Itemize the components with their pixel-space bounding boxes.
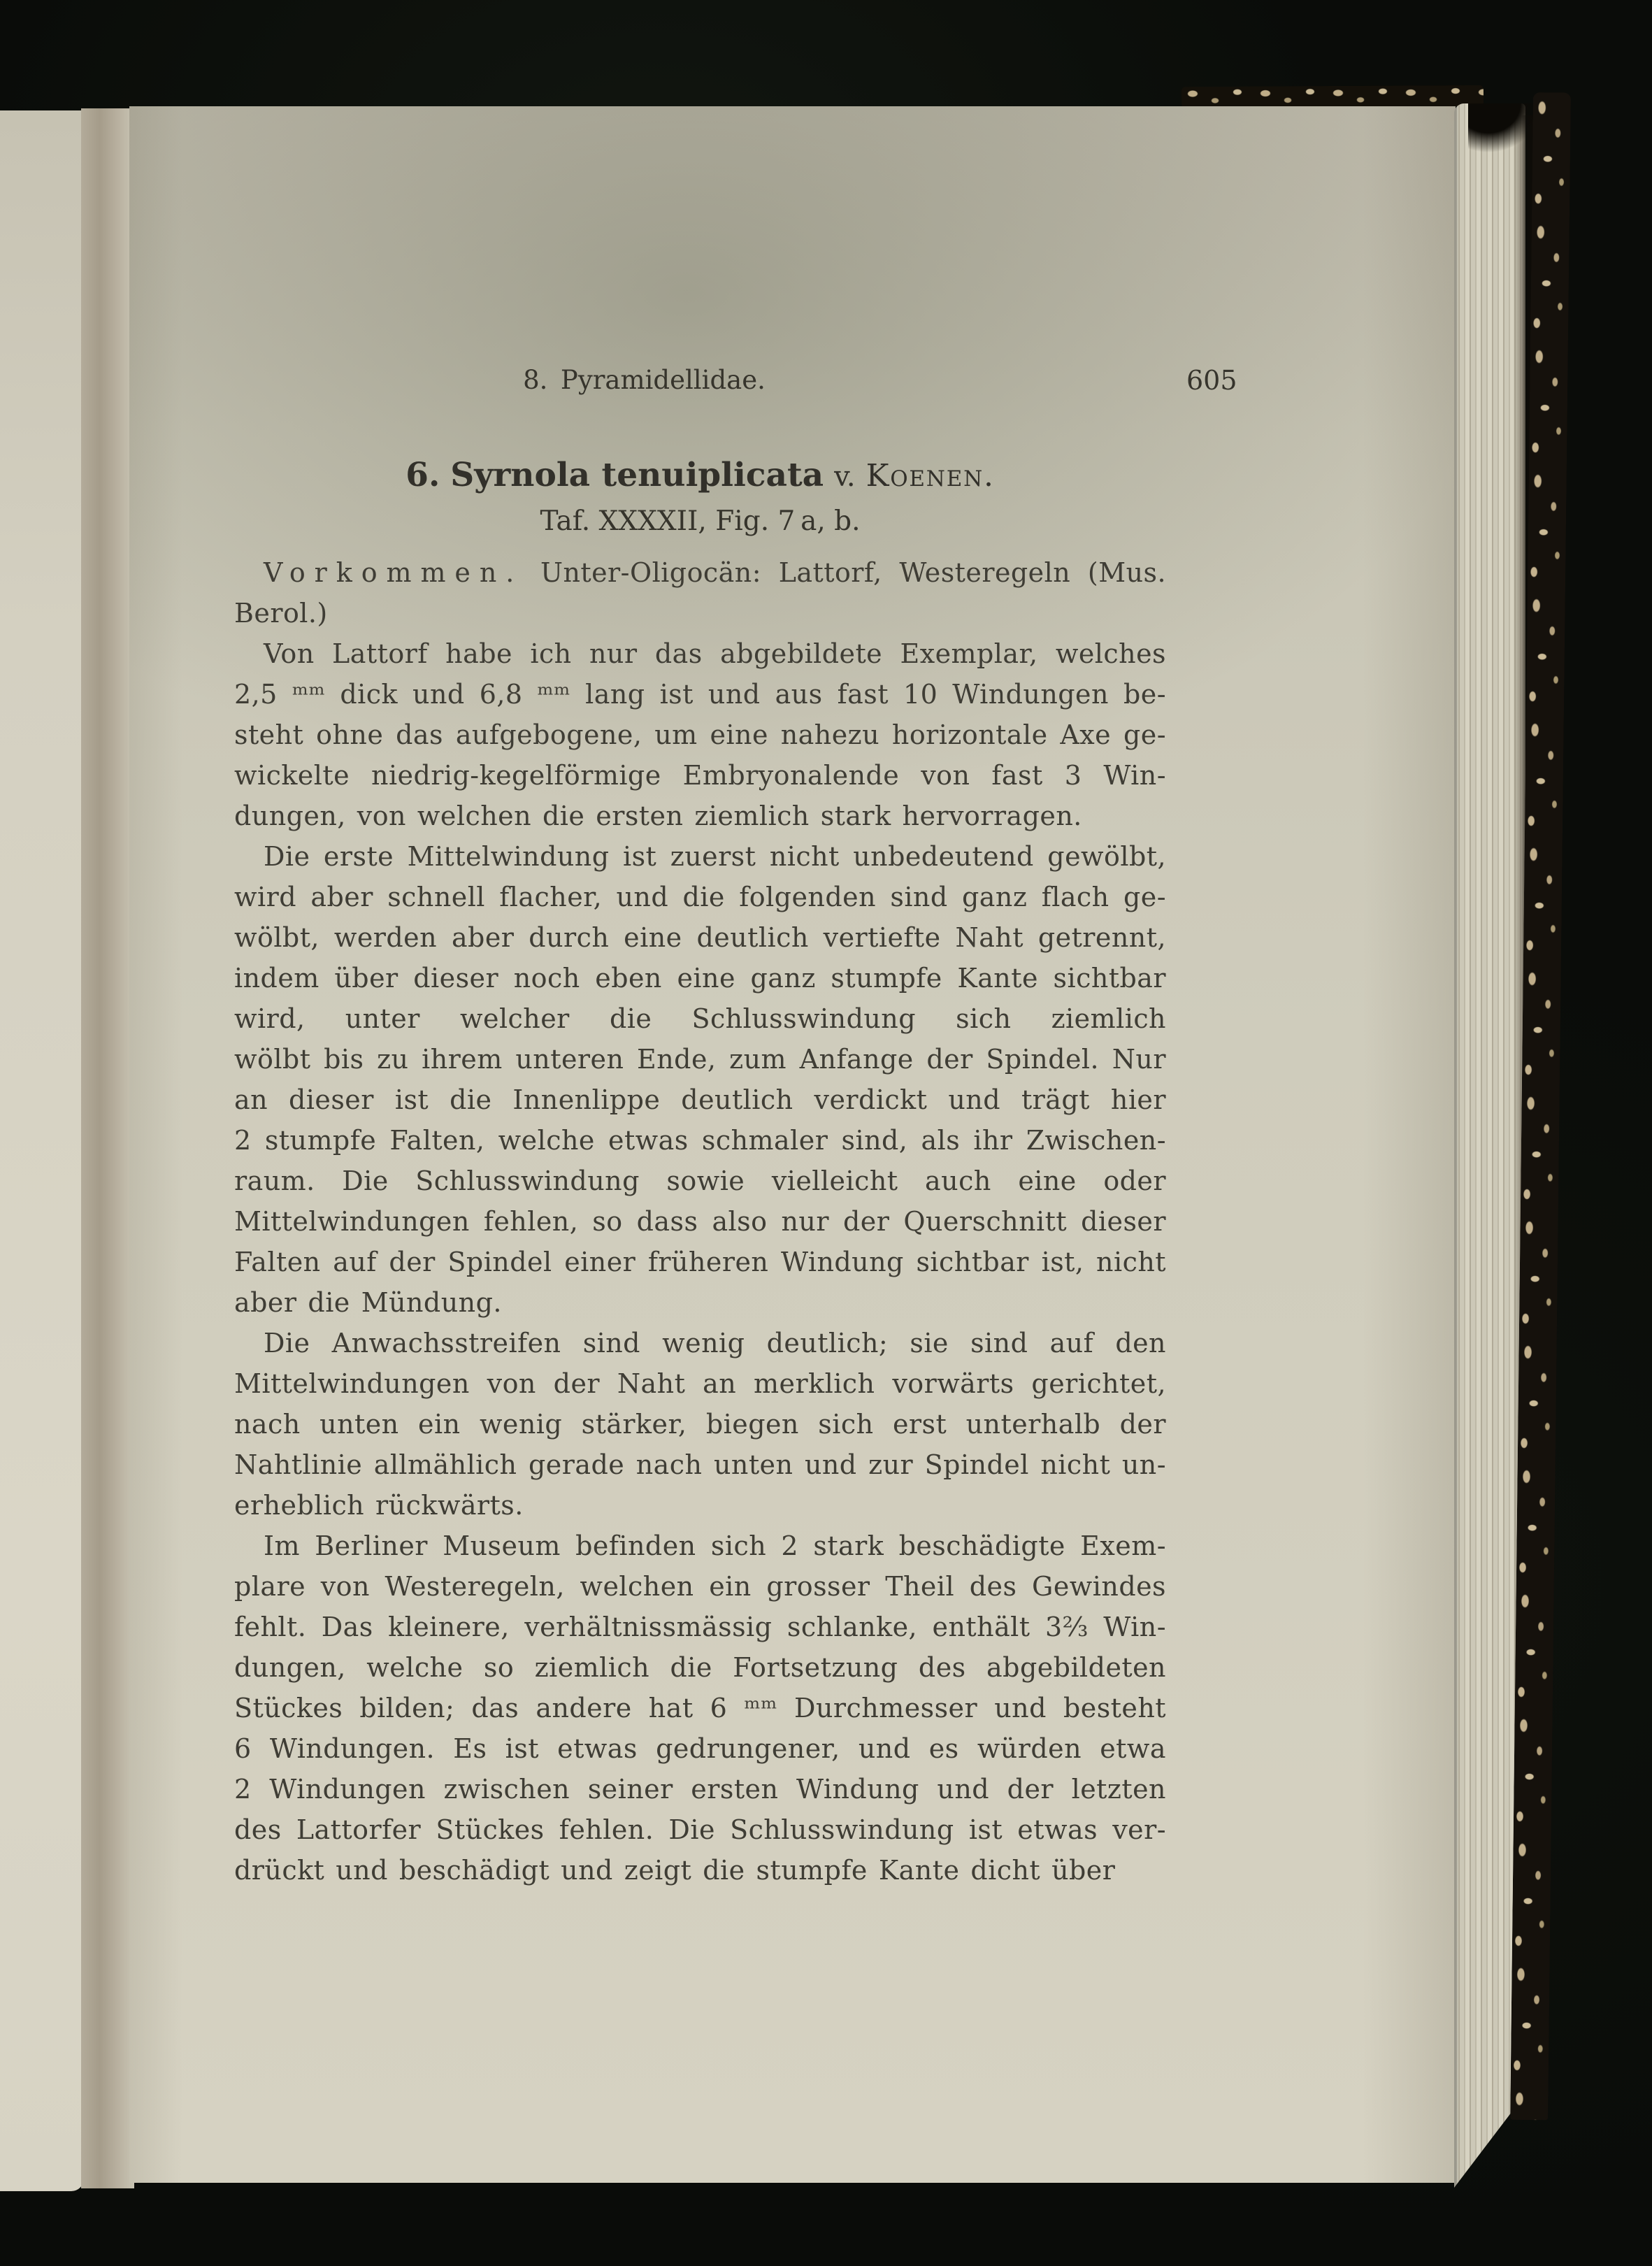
text-line: wird aber schnell flacher, und die folge… <box>234 877 1166 917</box>
text-line: dungen, welche so ziemlich die Fortsetzu… <box>234 1647 1166 1688</box>
text-line: Mittelwindungen von der Naht an merklich… <box>234 1363 1166 1404</box>
text-line: Im Berliner Museum befinden sich 2 stark… <box>234 1526 1166 1566</box>
text-line: steht ohne das aufgebogene, um eine nahe… <box>234 715 1166 755</box>
body-text: Vorkommen. Unter-Oligocän: Lattorf, West… <box>234 552 1166 1891</box>
book-top-marbled-edge <box>1181 85 1484 108</box>
text-line: Stückes bilden; das andere hat 6 ᵐᵐ Durc… <box>234 1688 1166 1728</box>
text-line: an dieser ist die Innenlippe deutlich ve… <box>234 1080 1166 1120</box>
text-line: Nahtlinie allmählich gerade nach unten u… <box>234 1444 1166 1485</box>
corner-shadow <box>1468 103 1535 152</box>
text-line: drückt und beschädigt und zeigt die stum… <box>234 1850 1166 1891</box>
species-heading-block: 6. Syrnola tenuiplicata v. Koenen. Taf. … <box>234 456 1166 537</box>
text-line: aber die Mündung. <box>234 1282 1166 1323</box>
text-line: des Lattorfer Stückes fehlen. Die Schlus… <box>234 1809 1166 1850</box>
species-number: 6. <box>405 456 440 494</box>
species-name: Syrnola tenuiplicata <box>450 456 824 494</box>
text-line: Vorkommen. Unter-Oligocän: Lattorf, West… <box>234 552 1166 593</box>
text-line: wölbt bis zu ihrem unteren Ende, zum Anf… <box>234 1039 1166 1080</box>
text-line: wölbt, werden aber durch eine deutlich v… <box>234 917 1166 958</box>
author-name: Koenen. <box>866 458 995 494</box>
running-title: 8. Pyramidellidae. <box>234 365 1054 395</box>
text-line: raum. Die Schlusswindung sowie vielleich… <box>234 1161 1166 1201</box>
book-scan-scene: 8. Pyramidellidae. 605 6. Syrnola tenuip… <box>0 0 1652 2266</box>
gutter-shadow <box>81 108 134 2188</box>
text-line: Die erste Mittelwindung ist zuerst nicht… <box>234 836 1166 877</box>
text-line: 2 stumpfe Falten, welche etwas schmaler … <box>234 1120 1166 1161</box>
text-line: nach unten ein wenig stärker, biegen sic… <box>234 1404 1166 1444</box>
text-line: dungen, von welchen die ersten ziemlich … <box>234 796 1166 836</box>
text-line: wickelte niedrig-kegelförmige Embryonale… <box>234 755 1166 796</box>
page-header: 8. Pyramidellidae. 605 <box>234 365 1166 400</box>
species-title: 6. Syrnola tenuiplicata v. Koenen. <box>234 456 1166 494</box>
text-line: Von Lattorf habe ich nur das abgebildete… <box>234 633 1166 674</box>
text-line: 6 Windungen. Es ist etwas gedrungener, u… <box>234 1728 1166 1769</box>
text-line: plare von Westeregeln, welchen ein gross… <box>234 1566 1166 1607</box>
letterspaced-word: Vorkommen. <box>264 557 523 588</box>
text-line: Mittelwindungen fehlen, so dass also nur… <box>234 1201 1166 1242</box>
text-line: Die Anwachsstreifen sind wenig deutlich;… <box>234 1323 1166 1363</box>
text-line: wird, unter welcher die Schlusswindung s… <box>234 998 1166 1039</box>
text-line: 2 Windungen zwischen seiner ersten Windu… <box>234 1769 1166 1809</box>
plate-reference: Taf. XXXXII, Fig. 7 a, b. <box>234 505 1166 537</box>
text-line: fehlt. Das kleinere, verhältnissmässig s… <box>234 1607 1166 1647</box>
facing-page-sliver <box>0 110 84 2191</box>
author-connector: v. <box>834 461 856 493</box>
text-line: erheblich rückwärts. <box>234 1485 1166 1526</box>
text-line: Falten auf der Spindel einer früheren Wi… <box>234 1242 1166 1282</box>
text-line: 2,5 ᵐᵐ dick und 6,8 ᵐᵐ lang ist und aus … <box>234 674 1166 715</box>
page-number: 605 <box>1186 365 1237 396</box>
text-line: indem über dieser noch eben eine ganz st… <box>234 958 1166 998</box>
text-line: Berol.) <box>234 593 1166 633</box>
book-page: 8. Pyramidellidae. 605 6. Syrnola tenuip… <box>129 106 1456 2183</box>
